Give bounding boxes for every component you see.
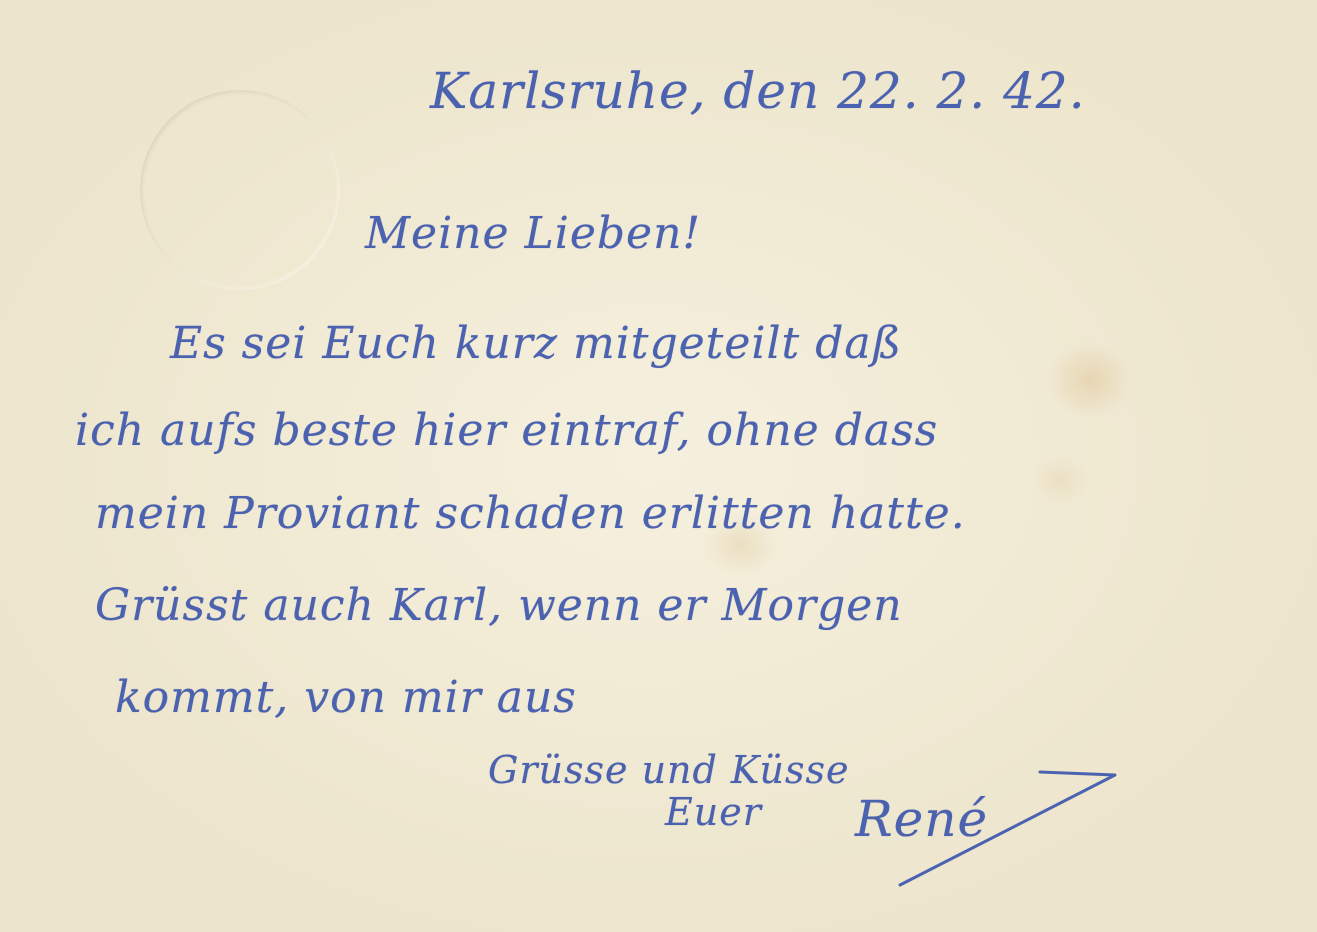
body-line-5: kommt, von mir aus (115, 672, 577, 723)
body-line-4: Grüsst auch Karl, wenn er Morgen (95, 580, 903, 631)
body-line-1: Es sei Euch kurz mitgeteilt daß (170, 318, 902, 369)
closing-possessive: Euer (665, 790, 762, 834)
signature-flourish-icon (890, 760, 1130, 890)
closing-greeting: Grüsse und Küsse (488, 748, 849, 792)
salutation: Meine Lieben! (365, 208, 701, 259)
body-line-3: mein Proviant schaden erlitten hatte. (95, 488, 966, 539)
place-and-date: Karlsruhe, den 22. 2. 42. (430, 62, 1086, 120)
postcard: Karlsruhe, den 22. 2. 42. Meine Lieben! … (0, 0, 1317, 932)
embossed-stamp-circle (140, 90, 340, 290)
body-line-2: ich aufs beste hier eintraf, ohne dass (75, 405, 938, 456)
